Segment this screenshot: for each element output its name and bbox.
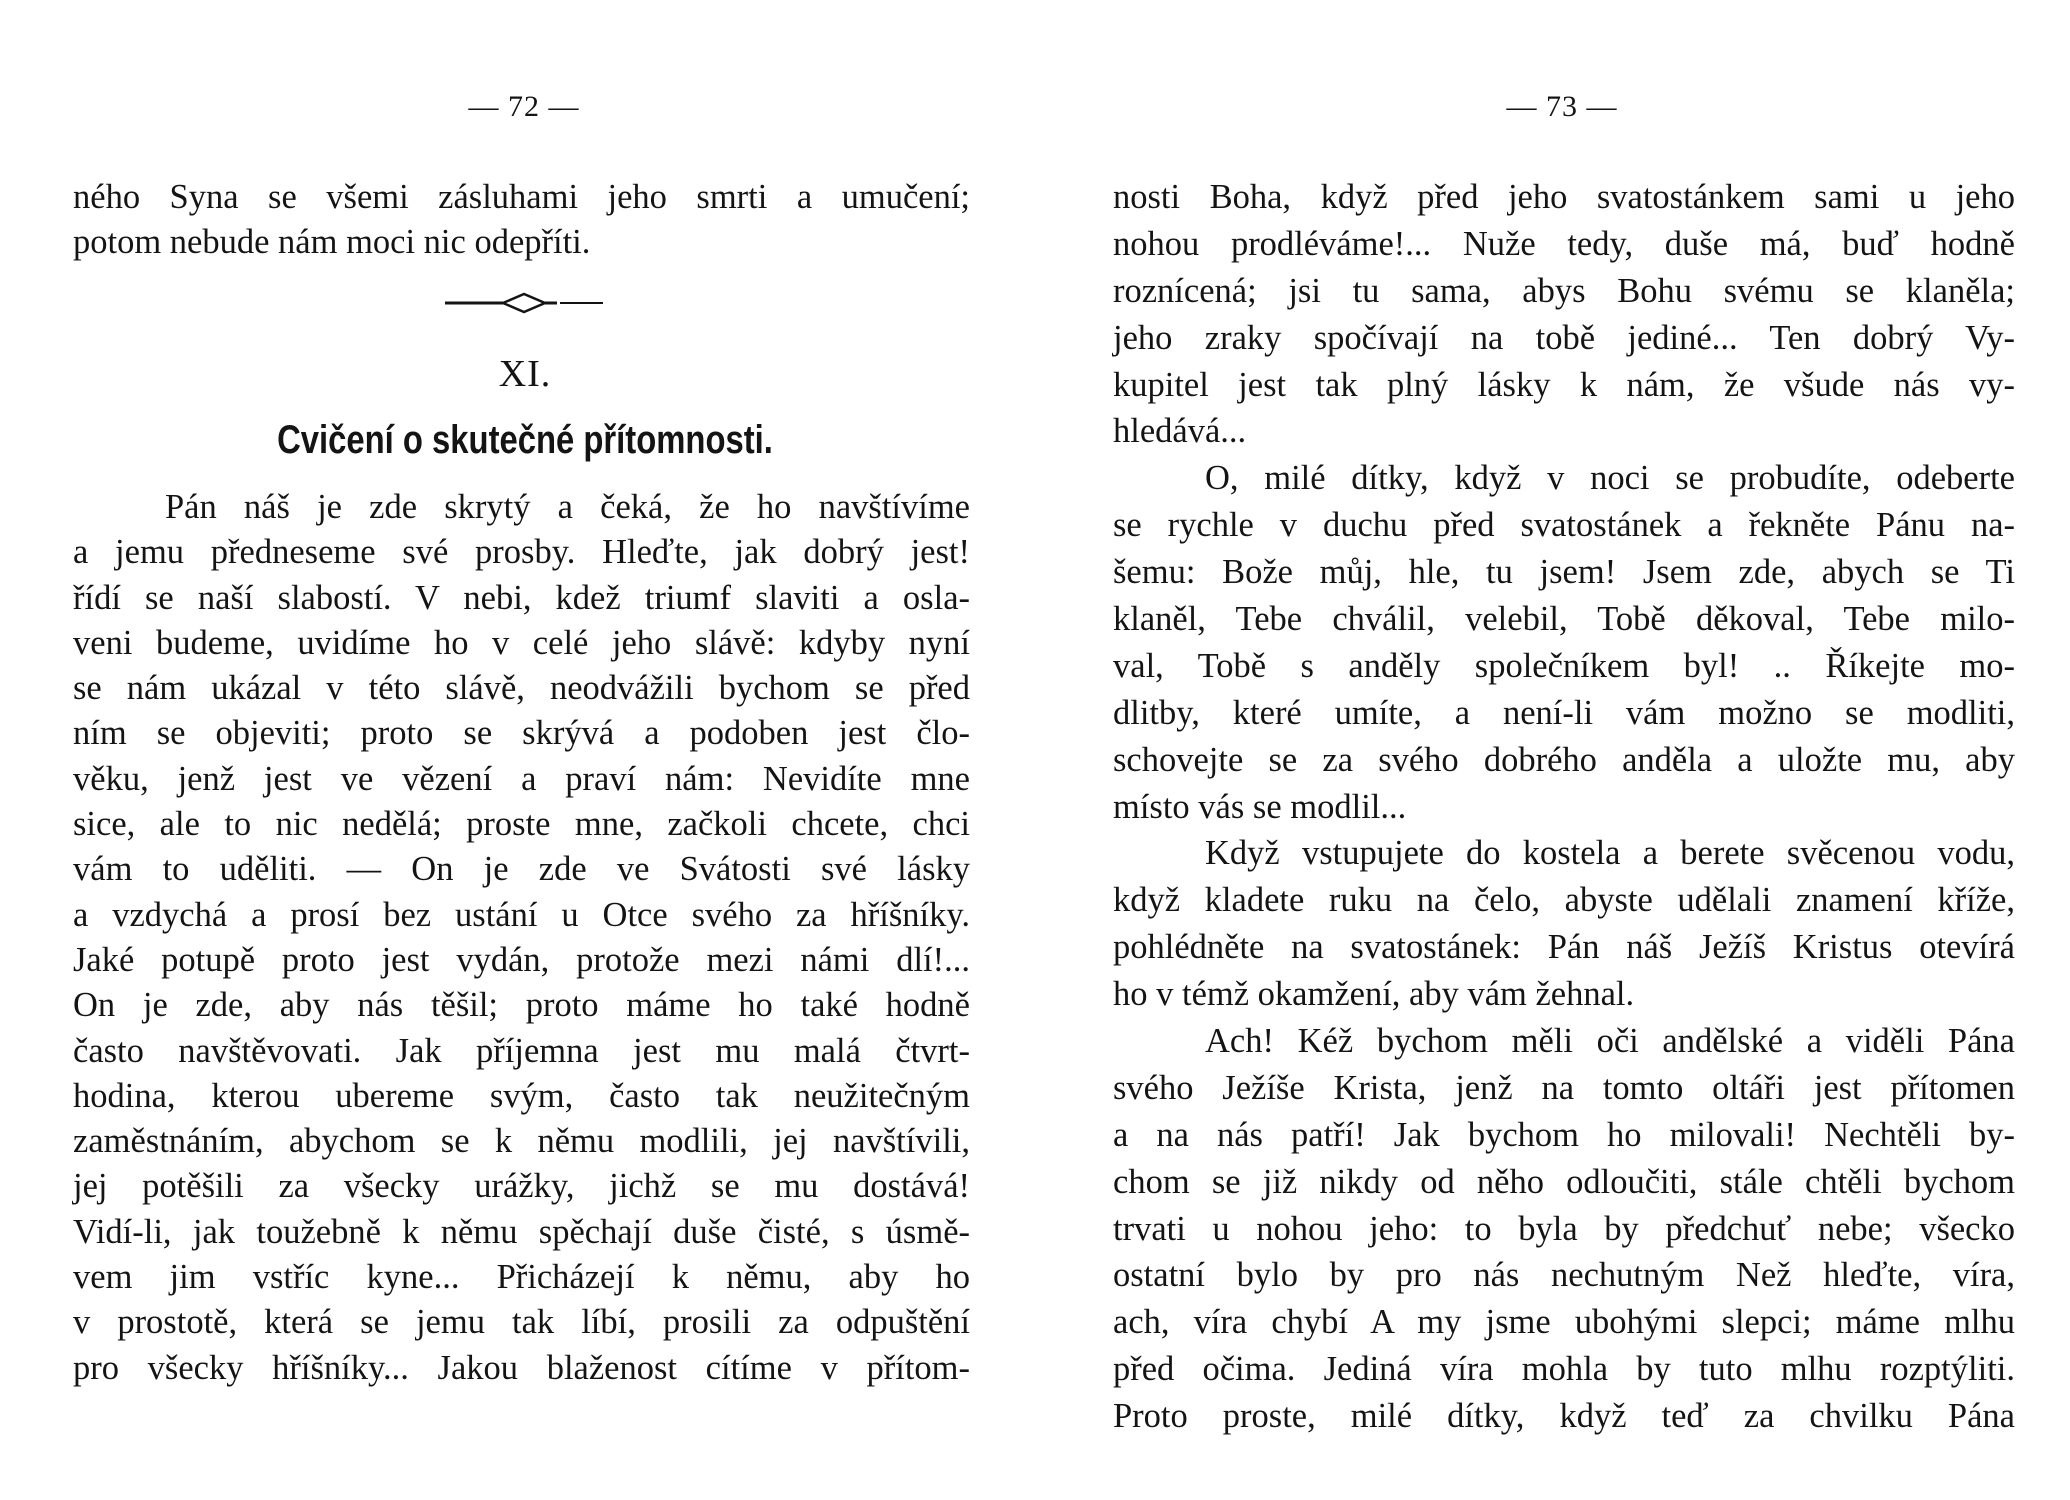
- text-line: často navštěvovati. Jak příjemna jest mu…: [73, 1029, 970, 1074]
- text-line: hledává...: [1113, 408, 2015, 455]
- text-line: dlitby, které umíte, a není-li vám možno…: [1113, 690, 2015, 737]
- text-line: ného Syna se všemi zásluhami jeho smrti …: [73, 175, 970, 220]
- text-line: O, milé dítky, když v noci se probudíte,…: [1113, 455, 2015, 502]
- text-line: se nám ukázal v této slávě, neodvážili b…: [73, 666, 970, 711]
- paragraph: Pán náš je zde skrytý a čeká, že ho navš…: [73, 485, 970, 1391]
- text-line: Proto proste, milé dítky, když teď za ch…: [1113, 1393, 2015, 1440]
- text-line: val, Tobě s anděly společníkem byl! .. Ř…: [1113, 643, 2015, 690]
- left-page: — 72 — ného Syna se všemi zásluhami jeho…: [0, 0, 1035, 1500]
- paragraph: O, milé dítky, když v noci se probudíte,…: [1113, 455, 2015, 830]
- chapter-title: Cvičení o skutečné přítomnosti.: [223, 418, 828, 463]
- text-line: vem jim vstříc kyne... Přicházejí k němu…: [73, 1255, 970, 1300]
- text-line: Když vstupujete do kostela a berete svěc…: [1113, 830, 2015, 877]
- text-line: nosti Boha, když před jeho svatostánkem …: [1113, 174, 2015, 221]
- diamond-rule-ornament-icon: [445, 292, 605, 314]
- page-text: nosti Boha, když před jeho svatostánkem …: [1113, 174, 2015, 1440]
- text-line: ním se objeviti; proto se skrývá a podob…: [73, 711, 970, 756]
- text-line: jeho zraky spočívají na tobě jediné... T…: [1113, 315, 2015, 362]
- text-line: Pán náš je zde skrytý a čeká, že ho navš…: [73, 485, 970, 530]
- text-line: chom se již nikdy od něho odloučiti, stá…: [1113, 1159, 2015, 1206]
- text-line: Jaké potupě proto jest vydán, protože me…: [73, 938, 970, 983]
- text-line: roznícená; jsi tu sama, abys Bohu svému …: [1113, 268, 2015, 315]
- text-line: zaměstnáním, abychom se k němu modlili, …: [73, 1119, 970, 1164]
- text-line: hodina, kterou ubereme svým, často tak n…: [73, 1074, 970, 1119]
- page-number: — 73 —: [1507, 90, 1618, 124]
- text-line: pohlédněte na svatostánek: Pán náš Ježíš…: [1113, 924, 2015, 971]
- page-number: — 72 —: [469, 90, 580, 124]
- text-line: trvati u nohou jeho: to byla by předchuť…: [1113, 1206, 2015, 1253]
- text-line: potom nebude nám moci nic odepříti.: [73, 220, 970, 265]
- continuation-text: ného Syna se všemi zásluhami jeho smrti …: [73, 175, 970, 266]
- text-line: kupitel jest tak plný lásky k nám, že vš…: [1113, 362, 2015, 409]
- text-line: a na nás patří! Jak bychom ho milovali! …: [1113, 1112, 2015, 1159]
- text-line: místo vás se modlil...: [1113, 784, 2015, 831]
- text-line: ho v témž okamžení, aby vám žehnal.: [1113, 971, 2015, 1018]
- text-line: pro všecky hříšníky... Jakou blaženost c…: [73, 1346, 970, 1391]
- text-line: ostatní bylo by pro nás nechutným Než hl…: [1113, 1252, 2015, 1299]
- text-line: svého Ježíše Krista, jenž na tomto oltář…: [1113, 1065, 2015, 1112]
- text-line: ach, víra chybí A my jsme ubohými slepci…: [1113, 1299, 2015, 1346]
- text-line: jej potěšili za všecky urážky, jichž se …: [73, 1164, 970, 1209]
- text-line: a jemu předneseme své prosby. Hleďte, ja…: [73, 530, 970, 575]
- text-line: veni budeme, uvidíme ho v celé jeho sláv…: [73, 621, 970, 666]
- text-line: vám to uděliti. — On je zde ve Svátosti …: [73, 847, 970, 892]
- text-line: před očima. Jediná víra mohla by tuto ml…: [1113, 1346, 2015, 1393]
- text-line: řídí se naší slabostí. V nebi, kdež triu…: [73, 576, 970, 621]
- text-line: věku, jenž jest ve vězení a praví nám: N…: [73, 757, 970, 802]
- chapter-number: XI.: [499, 352, 552, 396]
- text-line: se rychle v duchu před svatostánek a řek…: [1113, 502, 2015, 549]
- text-line: klaněl, Tebe chválil, velebil, Tobě děko…: [1113, 596, 2015, 643]
- text-line: Ach! Kéž bychom měli oči andělské a vidě…: [1113, 1018, 2015, 1065]
- text-line: Vidí-li, jak toužebně k němu spěchají du…: [73, 1210, 970, 1255]
- paragraph: Když vstupujete do kostela a berete svěc…: [1113, 830, 2015, 1018]
- paragraph: nosti Boha, když před jeho svatostánkem …: [1113, 174, 2015, 455]
- text-line: v prostotě, která se jemu tak líbí, pros…: [73, 1300, 970, 1345]
- chapter-title-text: Cvičení o skutečné přítomnosti.: [277, 418, 773, 463]
- text-line: sice, ale to nic nedělá; proste mne, zač…: [73, 802, 970, 847]
- text-line: šemu: Bože můj, hle, tu jsem! Jsem zde, …: [1113, 549, 2015, 596]
- text-line: nohou prodléváme!... Nuže tedy, duše má,…: [1113, 221, 2015, 268]
- paragraph: Ach! Kéž bychom měli oči andělské a vidě…: [1113, 1018, 2015, 1440]
- text-line: a vzdychá a prosí bez ustání u Otce svéh…: [73, 893, 970, 938]
- text-line: On je zde, aby nás těšil; proto máme ho …: [73, 983, 970, 1028]
- right-page: — 73 — nosti Boha, když před jeho svatos…: [1035, 0, 2070, 1500]
- text-line: schovejte se za svého dobrého anděla a u…: [1113, 737, 2015, 784]
- text-line: když kladete ruku na čelo, abyste udělal…: [1113, 877, 2015, 924]
